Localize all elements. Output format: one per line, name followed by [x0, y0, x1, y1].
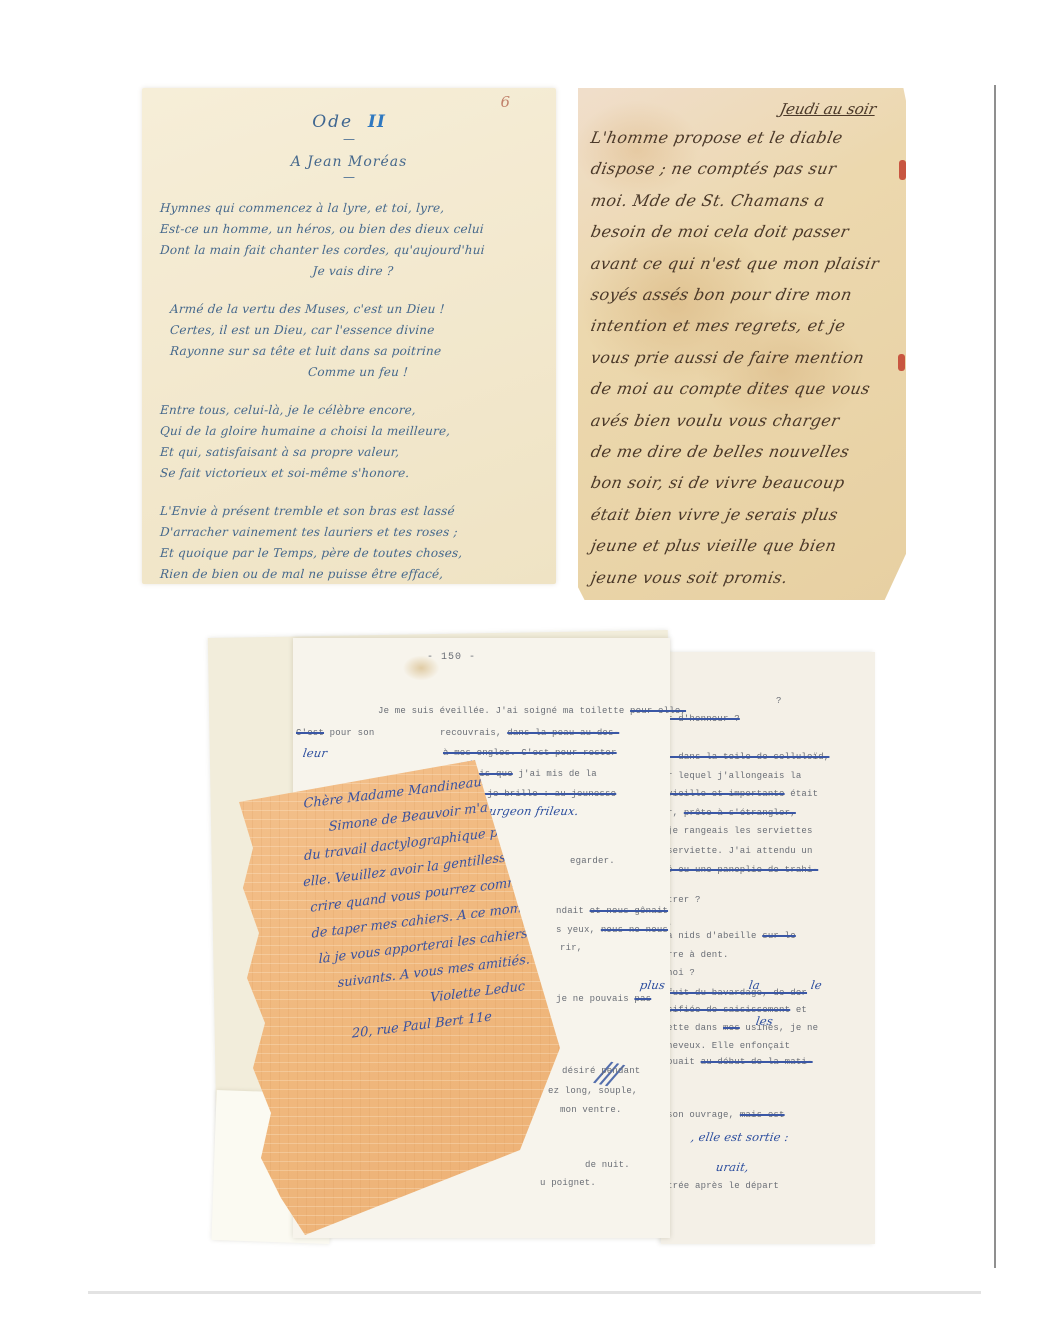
text-line: de nuit. — [585, 1160, 630, 1170]
struck-text: pour elle, — [630, 706, 686, 716]
text-segment: ez long, souple, — [548, 1086, 638, 1096]
text-line: de me dire de belles nouvelles — [588, 436, 909, 467]
text-segment: ndait — [556, 906, 590, 916]
text-segment: trer ? — [667, 895, 701, 905]
text-segment: Est-ce un homme, un héros, ou bien des d… — [160, 222, 485, 236]
text-segment: j'ai mis de la — [513, 769, 597, 779]
struck-text: C'est — [296, 728, 324, 738]
text-segment: Comme un feu ! — [308, 365, 409, 379]
text-segment: rre à dent. — [667, 950, 729, 960]
handwritten-correction: urait, — [715, 1160, 750, 1174]
text-segment: Hymnes qui commencez à la lyre, et toi, … — [160, 201, 445, 215]
text-line: de moi au compte dites que vous — [588, 373, 909, 404]
text-segment: bon soir, si de vivre beaucoup — [589, 473, 846, 492]
text-segment: L'homme propose et le diable — [589, 128, 844, 147]
text-line: était bien vivre je serais plus — [588, 499, 909, 530]
text-segment: trée après le départ — [667, 1181, 779, 1191]
text-segment: D'arracher vainement tes lauriers et tes… — [160, 525, 459, 539]
text-line: L'homme propose et le diable — [588, 122, 909, 153]
text-segment: r lequel j'allongeais la — [667, 771, 801, 781]
text-line: à mes ongles. C'est pour rester — [443, 748, 617, 758]
text-line: Qui de la gloire humaine a choisi la mei… — [159, 421, 546, 442]
text-segment: serviette. J'ai attendu un — [667, 846, 813, 856]
text-segment: dispose ; ne comptés pas sur — [589, 159, 838, 178]
text-line: u poignet. — [540, 1178, 596, 1188]
text-line: intention et mes regrets, et je — [588, 310, 909, 341]
handwritten-correction: le — [810, 978, 823, 992]
text-line: vieille et importante était — [667, 789, 818, 799]
text-line: s yeux, nous ne nous — [556, 925, 668, 935]
bottom-rule — [88, 1291, 981, 1294]
struck-text: mes — [723, 1023, 740, 1033]
ode-body: Hymnes qui commencez à la lyre, et toi, … — [142, 198, 556, 585]
text-line: egarder. — [570, 856, 615, 866]
text-segment: jeune et plus vieille que bien — [589, 536, 838, 555]
ode-stanza: Armé de la vertu des Muses, c'est un Die… — [160, 299, 546, 383]
text-line: é ou une panoplie de trahi- — [667, 865, 818, 875]
text-segment: u poignet. — [540, 1178, 596, 1188]
ode-title-word: Ode — [312, 112, 353, 132]
text-line: Certes, il est un Dieu, car l'essence di… — [169, 320, 546, 341]
text-line: rre à dent. — [667, 950, 729, 960]
text-line: ? — [776, 696, 782, 706]
text-line: désiré pendant — [562, 1066, 640, 1076]
text-line: soyés assés bon pour dire mon — [588, 279, 909, 310]
text-line: Est-ce un homme, un héros, ou bien des d… — [159, 219, 546, 240]
text-line: fuit du bavardage, de der — [667, 988, 807, 998]
letter-dateline: Jeudi au soir — [576, 100, 878, 118]
text-line: serviette. J'ai attendu un — [667, 846, 813, 856]
text-line: Je me suis éveillée. J'ai soigné ma toil… — [378, 706, 686, 716]
text-line: jeune vous soit promis. — [588, 562, 909, 593]
text-segment: Entre tous, celui-là, je le célèbre enco… — [160, 403, 417, 417]
text-segment: Je vais dire ? — [312, 264, 394, 278]
text-line: moi. Mde de St. Chamans a — [588, 185, 909, 216]
text-segment: je rangeais les serviettes — [667, 826, 813, 836]
text-segment: de moi au compte dites que vous — [589, 379, 872, 398]
text-segment: Certes, il est un Dieu, car l'essence di… — [170, 323, 436, 337]
text-line: heveux. Elle enfonçait — [667, 1041, 790, 1051]
typescript-page-number: - 150 - — [293, 652, 610, 663]
text-line: Entre tous, celui-là, je le célèbre enco… — [159, 400, 546, 421]
catalog-page: 6 Ode II — A Jean Moréas — Hymnes qui co… — [0, 0, 1040, 1338]
text-segment: besoin de moi cela doit passer — [589, 222, 851, 241]
struck-text: et nous gênait — [590, 906, 668, 916]
text-line: , elle est sortie : — [691, 1130, 789, 1144]
typescript-page-right: ?r d'honneur ?, dans la toile de cellulo… — [661, 652, 875, 1244]
text-line: je ne pouvais pas — [556, 994, 651, 1004]
text-segment: rir, — [560, 943, 582, 953]
struck-text: é ou une panoplie de trahi- — [667, 865, 818, 875]
text-line: jeune et plus vieille que bien — [588, 530, 909, 561]
text-line: besoin de moi cela doit passer — [588, 216, 909, 247]
text-line: avant ce qui n'est que mon plaisir — [588, 248, 909, 279]
text-line: recouvrais, dans la peau au-des- — [440, 728, 619, 738]
text-line: Comme un feu ! — [169, 362, 546, 383]
text-segment: vous prie aussi de faire mention — [589, 348, 866, 367]
ode-page-number: 6 — [500, 93, 510, 111]
text-line: Se fait victorieux et soi-même s'honore. — [159, 463, 546, 484]
struck-text: dans la peau au-des- — [507, 728, 619, 738]
struck-text: prête à s'étrangler, — [684, 808, 796, 818]
red-seal-mark — [899, 160, 906, 180]
struck-text: , dans la toile de celluloïd, — [667, 752, 829, 762]
text-segment: Rayonne sur sa tête et luit dans sa poit… — [170, 344, 442, 358]
text-line: mon ventre. — [560, 1105, 622, 1115]
text-segment: avant ce qui n'est que mon plaisir — [589, 254, 881, 273]
text-line: ette dans mes usines, je ne — [667, 1023, 818, 1033]
text-line: vous prie aussi de faire mention — [588, 342, 909, 373]
text-line: r, prête à s'étrangler, — [667, 808, 796, 818]
text-line: cifiée de saisissement et — [667, 1005, 807, 1015]
text-segment: Dont la main fait chanter les cordes, qu… — [160, 243, 486, 257]
text-segment: ? — [776, 696, 782, 706]
text-line: , dans la toile de celluloïd, — [667, 752, 829, 762]
letter-manuscript: Jeudi au soir L'homme propose et le diab… — [578, 88, 906, 600]
text-segment: avés bien voulu vous charger — [589, 411, 841, 430]
text-line: Hymnes qui commencez à la lyre, et toi, … — [159, 198, 546, 219]
text-segment: L'Envie à présent tremble et son bras es… — [160, 504, 456, 518]
text-line: puait au début de la mati- — [667, 1057, 813, 1067]
text-line: Et quoique par le Temps, père de toutes … — [159, 543, 546, 564]
text-segment: intention et mes regrets, et je — [589, 316, 847, 335]
text-segment: était — [785, 789, 819, 799]
text-segment: de nuit. — [585, 1160, 630, 1170]
text-line: bon soir, si de vivre beaucoup — [588, 467, 909, 498]
text-segment: à nids d'abeille — [667, 931, 762, 941]
ode-dedication: A Jean Moréas — [142, 154, 556, 170]
text-line: avés bien voulu vous charger — [588, 405, 909, 436]
ode-title-number: II — [368, 112, 386, 132]
letter-body: L'homme propose et le diabledispose ; ne… — [578, 122, 906, 593]
struck-text: pas — [634, 994, 651, 1004]
text-segment: hoi ? — [667, 968, 695, 978]
text-line: r lequel j'allongeais la — [667, 771, 801, 781]
ode-stanza: Entre tous, celui-là, je le célèbre enco… — [160, 400, 546, 484]
facing-page-edge-line — [994, 85, 996, 1268]
text-line: le — [811, 978, 822, 992]
text-line: L'Envie à présent tremble et son bras es… — [159, 501, 546, 522]
handwritten-correction: leur — [302, 746, 328, 760]
text-segment: s yeux, — [556, 925, 601, 935]
text-segment: ette dans — [667, 1023, 723, 1033]
text-line: Je vais dire ? — [159, 261, 546, 282]
text-line: rir, — [560, 943, 582, 953]
text-line: plus — [640, 978, 665, 992]
text-segment: soyés assés bon pour dire mon — [589, 285, 854, 304]
struck-text: fuit du bavardage, de der — [667, 988, 807, 998]
text-line: Et qui, satisfaisant à sa propre valeur, — [159, 442, 546, 463]
text-segment: jeune vous soit promis. — [589, 568, 789, 587]
text-segment: Armé de la vertu des Muses, c'est un Die… — [170, 302, 446, 316]
text-segment: heveux. Elle enfonçait — [667, 1041, 790, 1051]
text-segment: était bien vivre je serais plus — [589, 505, 839, 524]
text-segment: Se fait victorieux et soi-même s'honore. — [160, 466, 410, 480]
title-rule: — — [142, 132, 556, 146]
text-segment: Je me suis éveillée. J'ai soigné ma toil… — [378, 706, 630, 716]
struck-text: à mes ongles. C'est pour rester — [443, 748, 617, 758]
text-segment: et — [790, 1005, 807, 1015]
text-line: trer ? — [667, 895, 701, 905]
text-line: ez long, souple, — [548, 1086, 638, 1096]
text-line: hoi ? — [667, 968, 695, 978]
text-line: D'arracher vainement tes lauriers et tes… — [159, 522, 546, 543]
text-segment: Et quoique par le Temps, père de toutes … — [160, 546, 463, 560]
text-line: je rangeais les serviettes — [667, 826, 813, 836]
text-line: ndait et nous gênait — [556, 906, 668, 916]
text-line: dispose ; ne comptés pas sur — [588, 153, 909, 184]
red-seal-mark — [898, 354, 905, 371]
text-segment: de me dire de belles nouvelles — [589, 442, 851, 461]
ode-stanza: Hymnes qui commencez à la lyre, et toi, … — [160, 198, 546, 282]
handwritten-correction: , elle est sortie : — [690, 1130, 790, 1144]
text-segment: 20, rue Paul Bert 11e — [352, 1009, 492, 1041]
text-line: C'est pour son — [296, 728, 374, 738]
struck-text: mais est — [740, 1110, 785, 1120]
text-segment: mon ventre. — [560, 1105, 622, 1115]
text-segment: son ouvrage, — [667, 1110, 740, 1120]
text-segment: Rien de bien ou de mal ne puisse être ef… — [160, 567, 444, 581]
text-line: urait, — [716, 1160, 749, 1174]
text-line: son ouvrage, mais est — [667, 1110, 785, 1120]
text-segment: pour son — [324, 728, 374, 738]
text-segment: recouvrais, — [440, 728, 507, 738]
text-segment: puait — [667, 1057, 701, 1067]
struck-text: vieille et importante — [667, 789, 785, 799]
text-line: Rayonne sur sa tête et luit dans sa poit… — [169, 341, 546, 362]
text-segment: Qui de la gloire humaine a choisi la mei… — [160, 424, 451, 438]
text-segment: Et qui, satisfaisant à sa propre valeur, — [160, 445, 400, 459]
ode-manuscript: 6 Ode II — A Jean Moréas — Hymnes qui co… — [142, 88, 556, 584]
ode-title: Ode II — [142, 112, 556, 132]
text-segment: usines, je ne — [740, 1023, 818, 1033]
dedication-rule: — — [142, 170, 556, 184]
text-line: trée après le départ — [667, 1181, 779, 1191]
text-segment: egarder. — [570, 856, 615, 866]
struck-text: nous ne nous — [601, 925, 668, 935]
text-line: Armé de la vertu des Muses, c'est un Die… — [169, 299, 546, 320]
text-segment: désiré pendant — [562, 1066, 640, 1076]
text-segment: moi. Mde de St. Chamans a — [589, 191, 826, 210]
text-line: leur — [303, 746, 327, 760]
text-line: Rien de bien ou de mal ne puisse être ef… — [159, 564, 546, 585]
struck-text: au début de la mati- — [701, 1057, 813, 1067]
text-line: à nids d'abeille sur le — [667, 931, 796, 941]
struck-text: sur le — [762, 931, 796, 941]
ode-stanza: L'Envie à présent tremble et son bras es… — [160, 501, 546, 585]
text-line: Dont la main fait chanter les cordes, qu… — [159, 240, 546, 261]
text-segment: je ne pouvais — [556, 994, 634, 1004]
handwritten-correction: plus — [639, 978, 666, 992]
